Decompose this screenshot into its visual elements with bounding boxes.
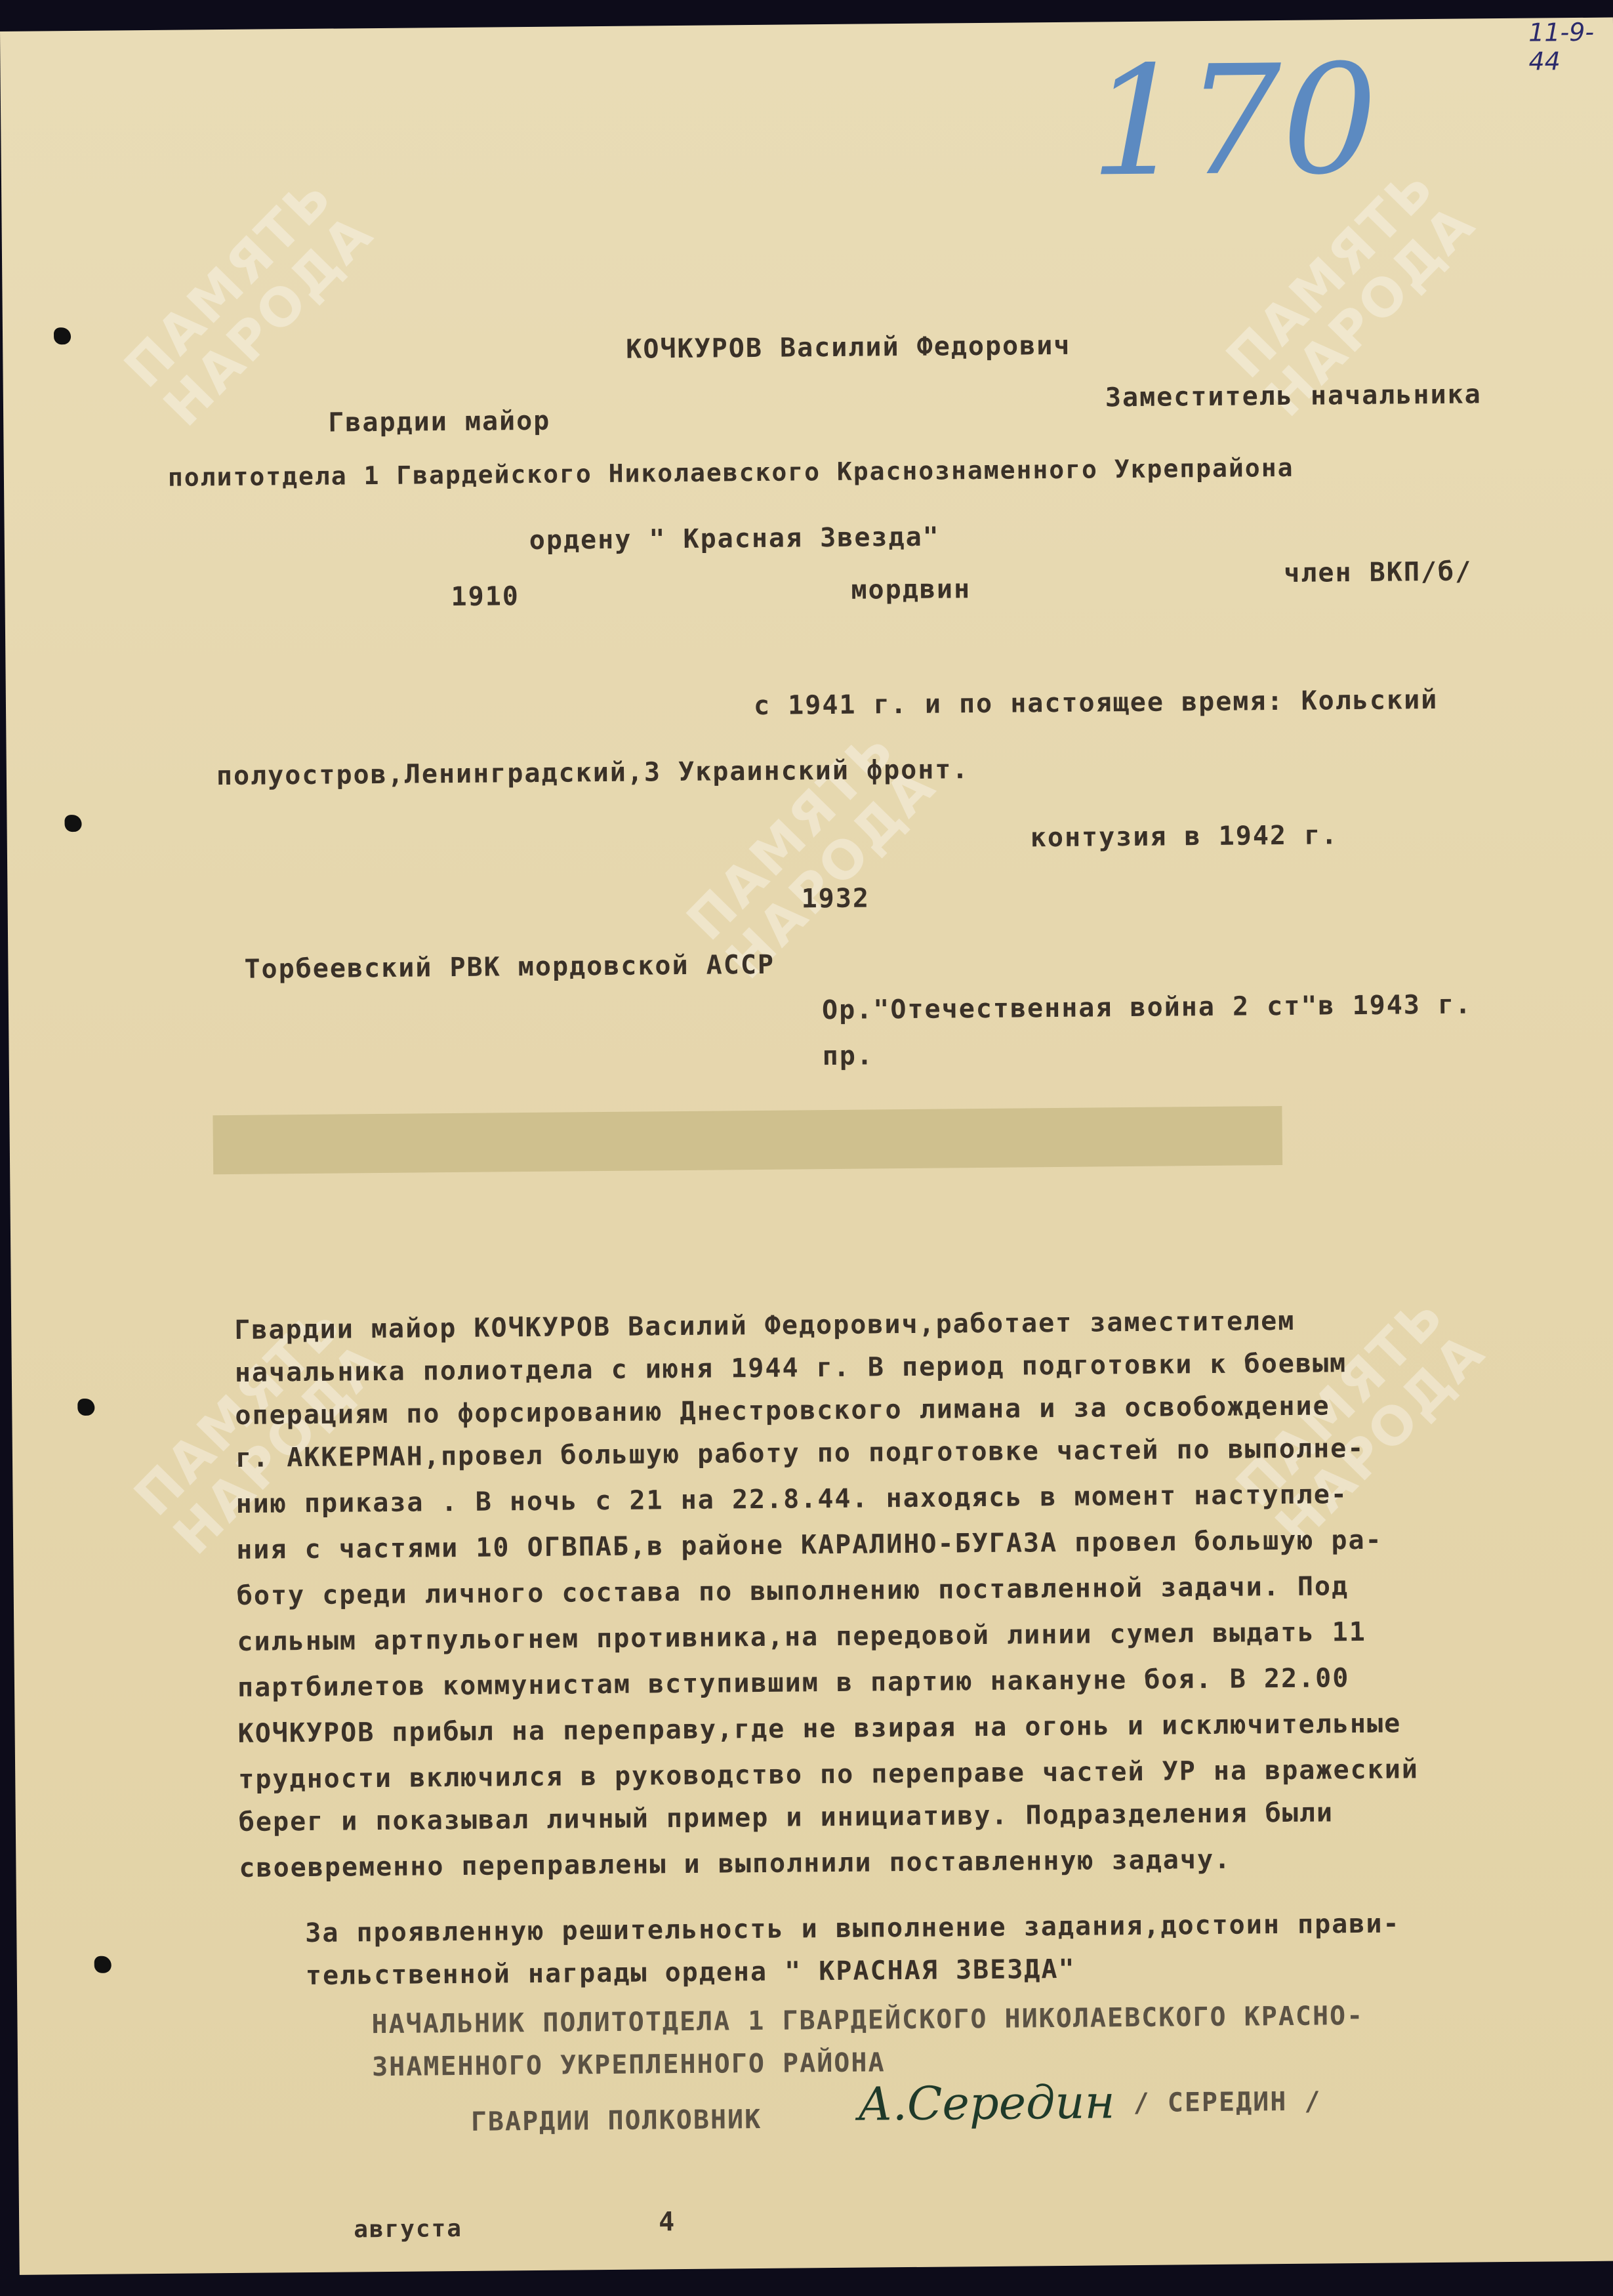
body-line: трудности включился в руководство по пер… [238, 1754, 1419, 1795]
prior-awards: Ор."Отечественная война 2 ст"в 1943 г. [822, 989, 1472, 1025]
signatory-rank: ГВАРДИИ ПОЛКОВНИК [471, 2104, 762, 2137]
signatory-title-line-2: ЗНАМЕННОГО УКРЕПЛЕННОГО РАЙОНА [372, 2047, 886, 2082]
body-line: г. АККЕРМАН,провел большую работу по под… [235, 1433, 1365, 1473]
body-line: берег и показывал личный пример и инициа… [239, 1797, 1334, 1837]
full-name: КОЧКУРОВ Василий Федорович [626, 331, 1071, 365]
binding-hole [94, 1956, 112, 1973]
award-nominated: ордену " Красная Звезда" [529, 522, 940, 556]
signatory-name: / СЕРЕДИН / [1133, 2087, 1321, 2119]
handwritten-signature: А.Середин [857, 2075, 1115, 2131]
date-month: августа [354, 2215, 462, 2243]
nationality: мордвин [851, 574, 971, 605]
body-line: нию приказа . В ночь с 21 на 22.8.44. на… [235, 1479, 1348, 1519]
position-line-2: политотдела 1 Гвардейского Николаевского… [168, 453, 1294, 492]
handwritten-number: 170 [1089, 33, 1378, 211]
party-membership: член ВКП/б/ [1284, 556, 1472, 588]
date-day: 4 [659, 2207, 676, 2237]
binding-hole [77, 1399, 94, 1416]
birth-year: 1910 [451, 581, 520, 612]
conclusion-line-2: тельственной награды ордена " КРАСНАЯ ЗВ… [306, 1954, 1076, 1991]
body-line: ния с частями 10 ОГВПАБ,в районе КАРАЛИН… [236, 1525, 1383, 1565]
watermark: ПАМЯТЬНАРОДА [115, 166, 383, 436]
binding-hole [54, 327, 71, 344]
signatory-title-line-1: НАЧАЛЬНИК ПОЛИТОТДЕЛА 1 ГВАРДЕЙСКОГО НИК… [371, 2001, 1364, 2040]
body-line: КОЧКУРОВ прибыл на переправу,где не взир… [237, 1708, 1401, 1748]
body-line: партбилетов коммунистам вступившим в пар… [237, 1663, 1350, 1703]
body-line: боту среди личного состава по выполнению… [237, 1571, 1349, 1611]
position-line-1: Заместитель начальника [1105, 379, 1482, 413]
drafted-by: Торбеевский РВК мордовской АССР [244, 950, 775, 985]
document-page: ПАМЯТЬНАРОДА ПАМЯТЬНАРОДА ПАМЯТЬНАРОДА П… [0, 18, 1613, 2275]
body-line: начальника полиотдела с июня 1944 г. В п… [235, 1348, 1347, 1388]
army-since: 1932 [801, 883, 870, 914]
binding-hole [64, 815, 81, 832]
rank: Гвардии майор [328, 406, 550, 438]
conclusion-line-1: За проявленную решительность и выполнени… [305, 1908, 1400, 1948]
service-line-1: с 1941 г. и по настоящее время: Кольский [754, 685, 1439, 721]
body-line: Гвардии майор КОЧКУРОВ Василий Федорович… [234, 1306, 1295, 1345]
presented-before: пр. [822, 1040, 874, 1071]
body-line: своевременно переправлены и выполнили по… [239, 1845, 1231, 1883]
corner-date: 11-9-44 [1528, 18, 1613, 76]
body-line: сильным артпульогнем противника,на перед… [237, 1617, 1366, 1657]
body-line: операциям по форсированию Днестровского … [235, 1391, 1330, 1431]
wounds: контузия в 1942 г. [1031, 820, 1339, 853]
redacted-block [213, 1106, 1282, 1174]
